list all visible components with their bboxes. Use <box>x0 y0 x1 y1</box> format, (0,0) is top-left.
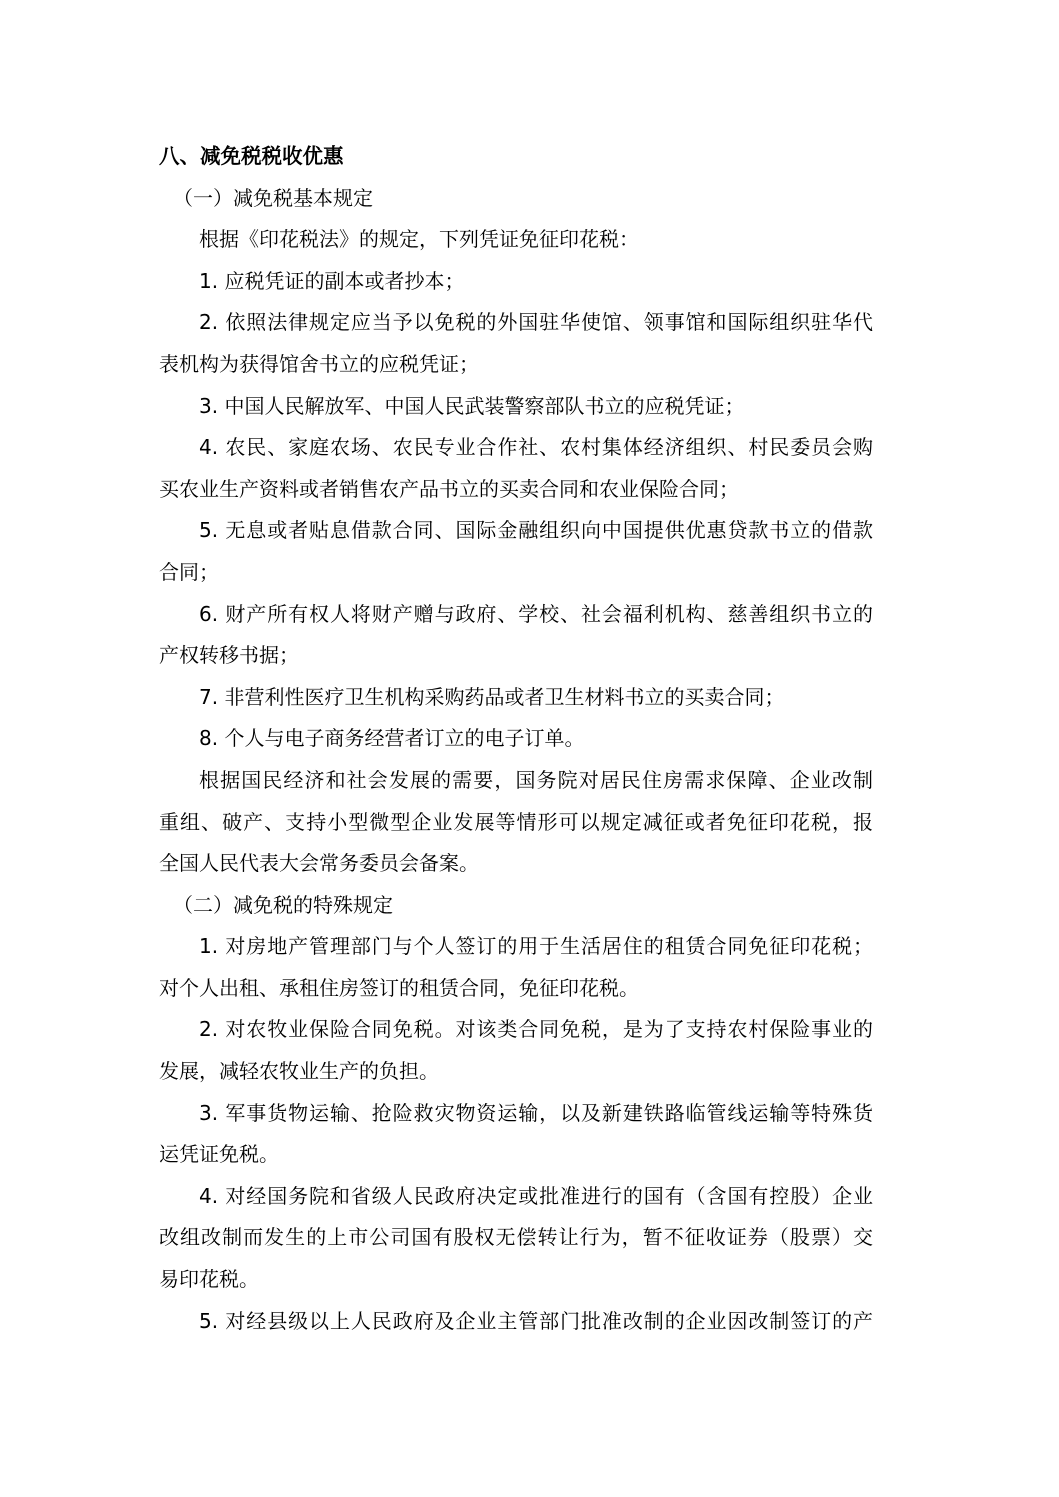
exemption-item-2-line-1: 2. 依照法律规定应当予以免税的外国驻华使馆、领事馆和国际组织驻华代 <box>159 302 873 344</box>
exemption-item-5-line-2: 合同； <box>159 552 873 594</box>
special-item-3-line-2: 运凭证免税。 <box>159 1134 873 1176</box>
special-item-1-line-1: 1. 对房地产管理部门与个人签订的用于生活居住的租赁合同免征印花税； <box>159 926 873 968</box>
exemption-item-8: 8. 个人与电子商务经营者订立的电子订单。 <box>159 718 873 760</box>
exemption-item-2-line-2: 表机构为获得馆舍书立的应税凭证； <box>159 344 873 386</box>
special-item-4-line-2: 改组改制而发生的上市公司国有股权无偿转让行为，暂不征收证券（股票）交 <box>159 1217 873 1259</box>
exemption-item-5-line-1: 5. 无息或者贴息借款合同、国际金融组织向中国提供优惠贷款书立的借款 <box>159 510 873 552</box>
closing-paragraph-line-1: 根据国民经济和社会发展的需要，国务院对居民住房需求保障、企业改制 <box>159 760 873 802</box>
exemption-item-4-line-1: 4. 农民、家庭农场、农民专业合作社、农村集体经济组织、村民委员会购 <box>159 427 873 469</box>
document-page: 八、减免税税收优惠 （一）减免税基本规定 根据《印花税法》的规定，下列凭证免征印… <box>159 136 873 1342</box>
exemption-item-1: 1. 应税凭证的副本或者抄本； <box>159 261 873 303</box>
special-item-5-line-1: 5. 对经县级以上人民政府及企业主管部门批准改制的企业因改制签订的产 <box>159 1301 873 1343</box>
subsection-1-intro: 根据《印花税法》的规定，下列凭证免征印花税： <box>159 219 873 261</box>
exemption-item-6-line-2: 产权转移书据； <box>159 635 873 677</box>
exemption-item-7: 7. 非营利性医疗卫生机构采购药品或者卫生材料书立的买卖合同； <box>159 677 873 719</box>
exemption-item-6-line-1: 6. 财产所有权人将财产赠与政府、学校、社会福利机构、慈善组织书立的 <box>159 594 873 636</box>
special-item-2-line-2: 发展，减轻农牧业生产的负担。 <box>159 1051 873 1093</box>
exemption-item-4-line-2: 买农业生产资料或者销售农产品书立的买卖合同和农业保险合同； <box>159 469 873 511</box>
section-title: 八、减免税税收优惠 <box>159 136 873 178</box>
subsection-2-title: （二）减免税的特殊规定 <box>159 885 873 927</box>
closing-paragraph-line-3: 全国人民代表大会常务委员会备案。 <box>159 843 873 885</box>
subsection-1-title: （一）减免税基本规定 <box>159 178 873 220</box>
special-item-1-line-2: 对个人出租、承租住房签订的租赁合同，免征印花税。 <box>159 968 873 1010</box>
exemption-item-3: 3. 中国人民解放军、中国人民武装警察部队书立的应税凭证； <box>159 386 873 428</box>
special-item-2-line-1: 2. 对农牧业保险合同免税。对该类合同免税，是为了支持农村保险事业的 <box>159 1009 873 1051</box>
special-item-4-line-1: 4. 对经国务院和省级人民政府决定或批准进行的国有（含国有控股）企业 <box>159 1176 873 1218</box>
special-item-4-line-3: 易印花税。 <box>159 1259 873 1301</box>
closing-paragraph-line-2: 重组、破产、支持小型微型企业发展等情形可以规定减征或者免征印花税，报 <box>159 802 873 844</box>
special-item-3-line-1: 3. 军事货物运输、抢险救灾物资运输，以及新建铁路临管线运输等特殊货 <box>159 1093 873 1135</box>
